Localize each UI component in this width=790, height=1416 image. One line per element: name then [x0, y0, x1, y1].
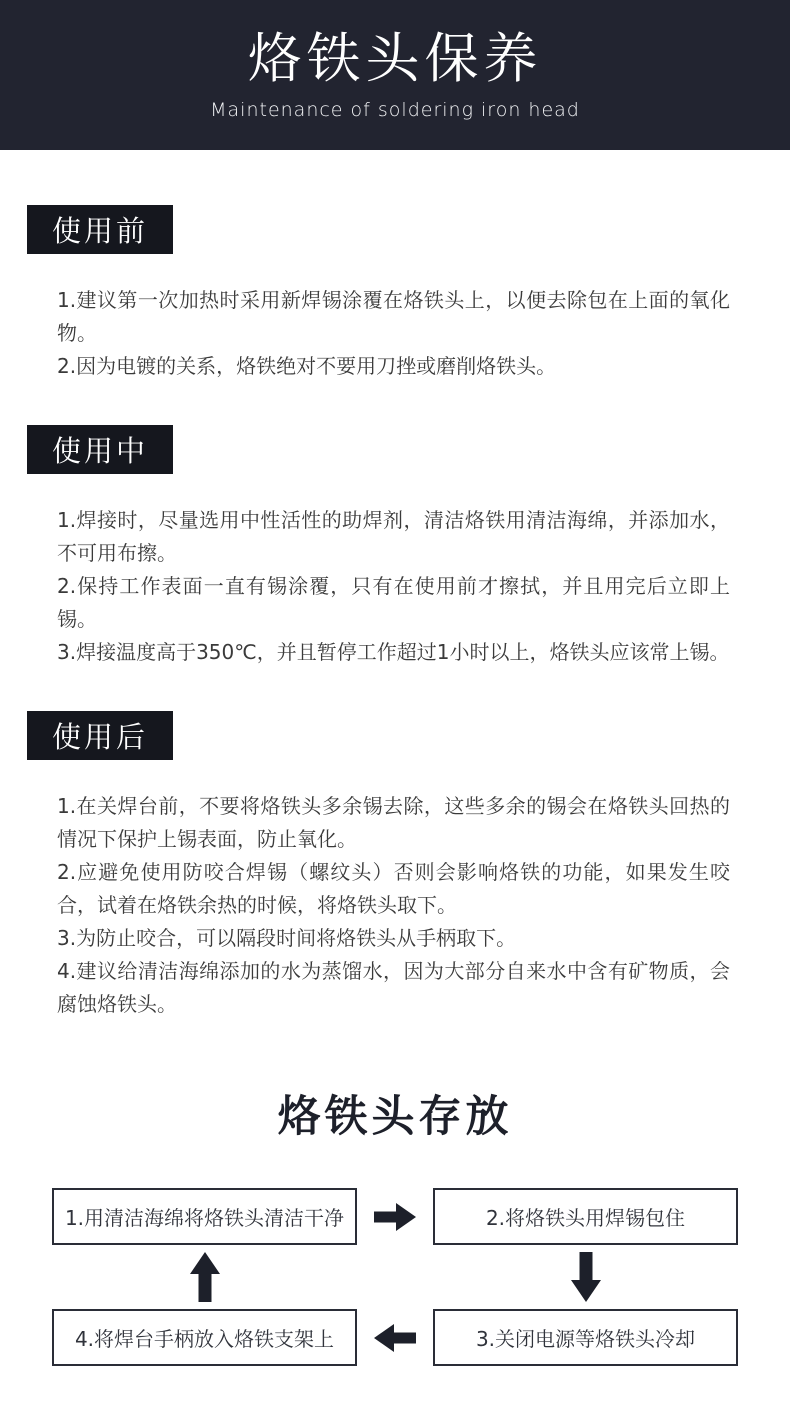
- storage-flowchart: 1.用清洁海绵将烙铁头清洁干净 2.将烙铁头用焊锡包住 4.将焊台手柄放入烙铁支…: [0, 1188, 790, 1366]
- flow-step-1: 1.用清洁海绵将烙铁头清洁干净: [52, 1188, 357, 1245]
- flow-step-4: 4.将焊台手柄放入烙铁支架上: [52, 1309, 357, 1366]
- badge-in-use-label: 使用中: [52, 429, 148, 470]
- instruction-item: 2.因为电镀的关系，烙铁绝对不要用刀挫或磨削烙铁头。: [57, 350, 730, 383]
- flow-step-3: 3.关闭电源等烙铁头冷却: [433, 1309, 738, 1366]
- flow-arrow-cell: [433, 1245, 738, 1309]
- instruction-item: 1.建议第一次加热时采用新焊锡涂覆在烙铁头上，以便去除包在上面的氧化物。: [57, 284, 730, 350]
- instruction-item: 3.焊接温度高于350℃，并且暂停工作超过1小时以上，烙铁头应该常上锡。: [57, 636, 730, 669]
- up-arrow-icon: [190, 1252, 220, 1302]
- flow-arrow-cell: [357, 1309, 433, 1366]
- flow-arrow-cell: [52, 1245, 357, 1309]
- section-in-use-body: 1.焊接时，尽量选用中性活性的助焊剂，清洁烙铁用清洁海绵，并添加水，不可用布擦。…: [0, 474, 790, 669]
- badge-in-use: 使用中: [27, 425, 173, 474]
- instruction-item: 4.建议给清洁海绵添加的水为蒸馏水，因为大部分自来水中含有矿物质，会腐蚀烙铁头。: [57, 955, 730, 1021]
- instruction-item: 3.为防止咬合，可以隔段时间将烙铁头从手柄取下。: [57, 922, 730, 955]
- section-after-use-body: 1.在关焊台前，不要将烙铁头多余锡去除，这些多余的锡会在烙铁头回热的情况下保护上…: [0, 760, 790, 1021]
- instruction-item: 1.焊接时，尽量选用中性活性的助焊剂，清洁烙铁用清洁海绵，并添加水，不可用布擦。: [57, 504, 730, 570]
- left-arrow-icon: [374, 1324, 416, 1352]
- section-after-use: 使用后 1.在关焊台前，不要将烙铁头多余锡去除，这些多余的锡会在烙铁头回热的情况…: [0, 711, 790, 1021]
- right-arrow-icon: [374, 1203, 416, 1231]
- instruction-item: 1.在关焊台前，不要将烙铁头多余锡去除，这些多余的锡会在烙铁头回热的情况下保护上…: [57, 790, 730, 856]
- storage-title: 烙铁头存放: [0, 1083, 790, 1144]
- flow-step-2: 2.将烙铁头用焊锡包住: [433, 1188, 738, 1245]
- badge-before-use-label: 使用前: [52, 209, 148, 250]
- storage-section: 烙铁头存放 1.用清洁海绵将烙铁头清洁干净 2.将烙铁头用焊锡包住 4.将焊台手…: [0, 1083, 790, 1366]
- instruction-item: 2.保持工作表面一直有锡涂覆，只有在使用前才擦拭，并且用完后立即上锡。: [57, 570, 730, 636]
- badge-before-use: 使用前: [27, 205, 173, 254]
- section-before-use-body: 1.建议第一次加热时采用新焊锡涂覆在烙铁头上，以便去除包在上面的氧化物。 2.因…: [0, 254, 790, 383]
- badge-after-use: 使用后: [27, 711, 173, 760]
- instruction-item: 2.应避免使用防咬合焊锡（螺纹头）否则会影响烙铁的功能，如果发生咬合，试着在烙铁…: [57, 856, 730, 922]
- page-header: 烙铁头保养 Maintenance of soldering iron head: [0, 0, 790, 150]
- page-title: 烙铁头保养: [248, 29, 543, 88]
- section-before-use: 使用前 1.建议第一次加热时采用新焊锡涂覆在烙铁头上，以便去除包在上面的氧化物。…: [0, 205, 790, 383]
- page-subtitle: Maintenance of soldering iron head: [210, 99, 580, 121]
- page: 烙铁头保养 Maintenance of soldering iron head…: [0, 0, 790, 1416]
- flow-arrow-cell: [357, 1188, 433, 1245]
- section-in-use: 使用中 1.焊接时，尽量选用中性活性的助焊剂，清洁烙铁用清洁海绵，并添加水，不可…: [0, 425, 790, 669]
- down-arrow-icon: [571, 1252, 601, 1302]
- badge-after-use-label: 使用后: [52, 715, 148, 756]
